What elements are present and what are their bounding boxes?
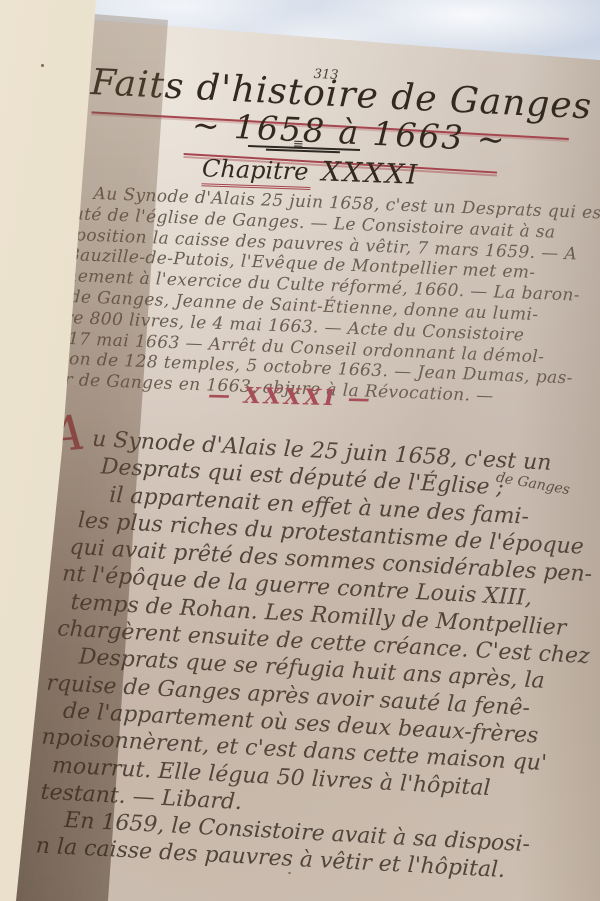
chapter-heading: Chapitre XXXXI	[202, 152, 420, 191]
chapter-label: Chapitre	[201, 154, 311, 190]
paper-speck	[110, 843, 113, 845]
body-text: u Synode d'Alais le 25 juin 1658, c'est …	[35, 424, 600, 889]
photograph-background: Faits d'histoire de Ganges 313 ~ 1658 à …	[0, 0, 600, 901]
chapter-summary: Au Synode d'Alais 25 juin 1658, c'est un…	[62, 183, 580, 410]
section-heading: — XXXXI —	[208, 382, 374, 412]
paper-speck	[288, 872, 291, 874]
page-number: 313	[313, 67, 339, 83]
paper-speck	[194, 858, 196, 860]
paper-speck	[41, 64, 44, 67]
chapter-number: XXXXI	[321, 156, 420, 190]
